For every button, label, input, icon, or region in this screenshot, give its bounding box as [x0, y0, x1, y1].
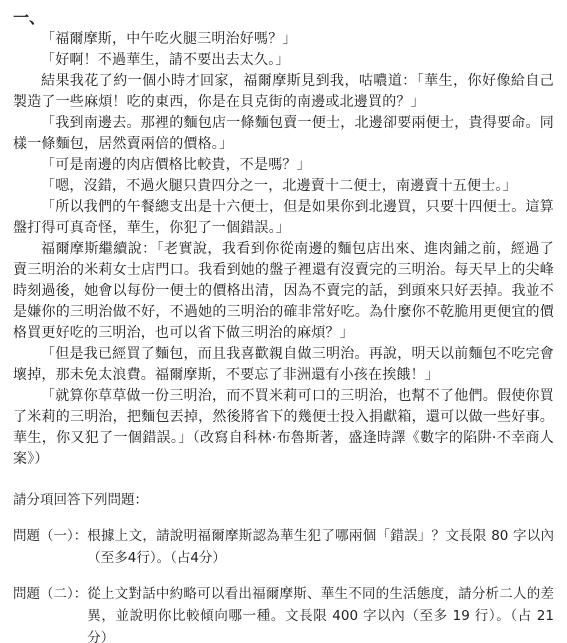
question-2-label: 問題（二）： [13, 583, 87, 643]
passage-paragraph: 「我到南邊去。那裡的麵包店一條麵包賣一便士，北邊卻要兩便士，貴得要命。同樣一條麵… [13, 113, 554, 155]
exam-page: 一、 「福爾摩斯，中午吃火腿三明治好嗎？」 「好啊！不過華生，請不要出去太久。」… [0, 0, 567, 643]
question-2: 問題（二）： 從上文對話中約略可以看出福爾摩斯、華生不同的生活態度，請分析二人的… [13, 583, 554, 643]
reading-passage: 「福爾摩斯，中午吃火腿三明治好嗎？」 「好啊！不過華生，請不要出去太久。」 結果… [13, 29, 554, 470]
passage-paragraph: 「就算你草草做一份三明治，而不買米莉可口的三明治，也幫不了他們。假使你買了米莉的… [13, 386, 554, 470]
passage-paragraph: 「好啊！不過華生，請不要出去太久。」 [13, 50, 554, 71]
passage-paragraph: 「福爾摩斯，中午吃火腿三明治好嗎？」 [13, 29, 554, 50]
passage-paragraph: 「可是南邊的肉店價格比較貴，不是嗎？」 [13, 155, 554, 176]
question-2-text: 從上文對話中約略可以看出福爾摩斯、華生不同的生活態度，請分析二人的差異，並說明你… [87, 583, 554, 643]
passage-paragraph: 「嗯，沒錯，不過火腿只貴四分之一，北邊賣十二便士，南邊賣十五便士。」 [13, 176, 554, 197]
question-1-label: 問題（一）： [13, 525, 87, 569]
question-1: 問題（一）： 根據上文，請說明福爾摩斯認為華生犯了哪兩個「錯誤」？文長限 80 … [13, 525, 554, 569]
section-number: 一、 [13, 7, 554, 29]
answer-instruction: 請分項回答下列問題： [13, 490, 554, 511]
question-1-text: 根據上文，請說明福爾摩斯認為華生犯了哪兩個「錯誤」？文長限 80 字以內（至多4… [87, 525, 554, 569]
passage-paragraph: 結果我花了約一個小時才回家，福爾摩斯見到我，咕噥道：「華生，你好像給自己製造了一… [13, 71, 554, 113]
passage-paragraph: 福爾摩斯繼續說：「老實說，我看到你從南邊的麵包店出來、進肉鋪之前，經過了賣三明治… [13, 239, 554, 344]
passage-paragraph: 「但是我已經買了麵包，而且我喜歡親自做三明治。再說，明天以前麵包不吃完會壞掉，那… [13, 344, 554, 386]
passage-paragraph: 「所以我們的午餐總支出是十六便士，但是如果你到北邊買，只要十四便士。這算盤打得可… [13, 197, 554, 239]
